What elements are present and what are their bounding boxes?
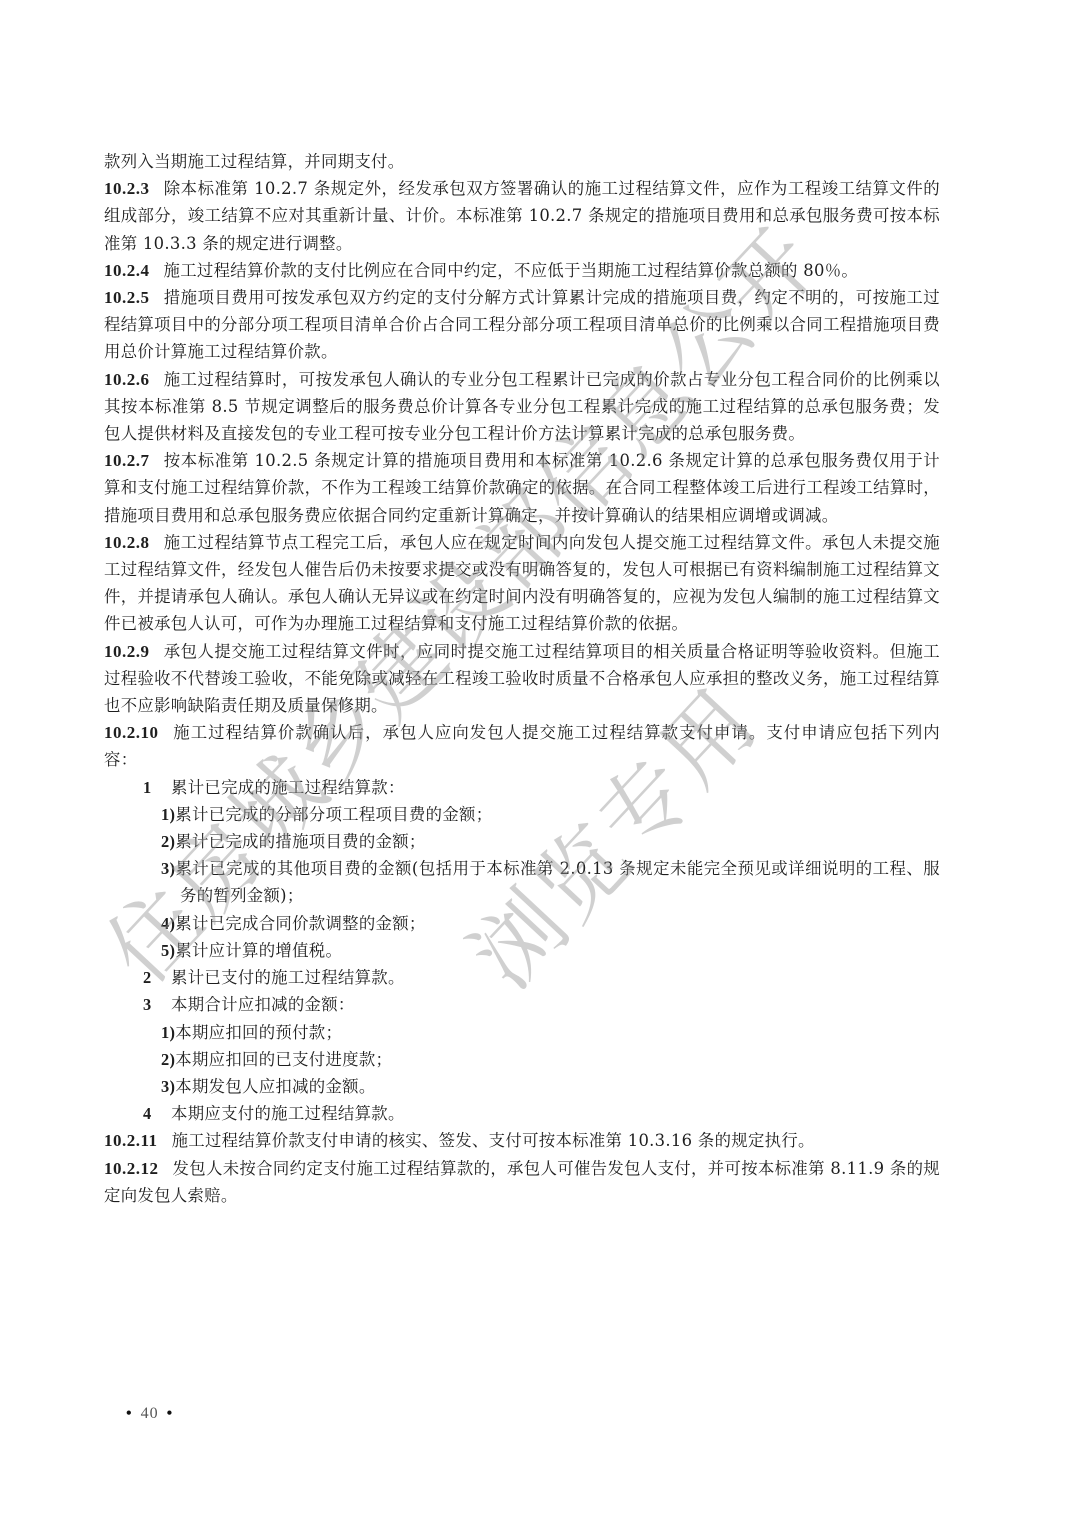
list-item: 2累计已支付的施工过程结算款。 — [104, 964, 940, 991]
list-number: 2 — [143, 964, 171, 991]
clause-text: 施工过程结算价款确认后，承包人应向发包人提交施工过程结算款支付申请。支付申请应包… — [104, 723, 940, 769]
sub-list-item: 1)累计已完成的分部分项工程项目费的金额； — [104, 801, 940, 828]
clause-number: 10.2.10 — [104, 723, 159, 742]
sub-list-item: 1)本期应扣回的预付款； — [104, 1019, 940, 1046]
sub-list-text: 本期应扣回的已支付进度款； — [175, 1050, 392, 1069]
page-footer: •40• — [118, 1405, 181, 1423]
list-item: 1累计已完成的施工过程结算款： — [104, 774, 940, 801]
clause-number: 10.2.12 — [104, 1159, 159, 1178]
list-item: 3本期合计应扣减的金额： — [104, 991, 940, 1018]
clause-text: 除本标准第 10.2.7 条规定外，经发承包双方签署确认的施工过程结算文件，应作… — [104, 179, 940, 252]
sub-list-text: 本期应扣回的预付款； — [175, 1023, 342, 1042]
sub-list-number: 2) — [161, 1050, 175, 1069]
sub-list-number: 3) — [161, 859, 175, 878]
clause-10-2-4: 10.2.4施工过程结算价款的支付比例应在合同中约定，不应低于当期施工过程结算价… — [104, 257, 940, 284]
list-text: 本期合计应扣减的金额： — [171, 995, 355, 1014]
document-body: 款列入当期施工过程结算，并同期支付。 10.2.3除本标准第 10.2.7 条规… — [104, 148, 940, 1209]
clause-number: 10.2.8 — [104, 533, 150, 552]
clause-number: 10.2.5 — [104, 288, 150, 307]
clause-text: 承包人提交施工过程结算文件时，应同时提交施工过程结算项目的相关质量合格证明等验收… — [104, 642, 940, 715]
sub-list-item: 4)累计已完成合同价款调整的金额； — [104, 910, 940, 937]
sub-list-text: 累计已完成的措施项目费的金额； — [175, 832, 425, 851]
clause-text: 按本标准第 10.2.5 条规定计算的措施项目费用和本标准第 10.2.6 条规… — [104, 451, 940, 524]
clause-10-2-8: 10.2.8施工过程结算节点工程完工后，承包人应在规定时间内向发包人提交施工过程… — [104, 529, 940, 638]
footer-bullet-left: • — [126, 1405, 133, 1422]
clause-10-2-9: 10.2.9承包人提交施工过程结算文件时，应同时提交施工过程结算项目的相关质量合… — [104, 638, 940, 720]
clause-10-2-6: 10.2.6施工过程结算时，可按发承包人确认的专业分包工程累计已完成的价款占专业… — [104, 366, 940, 448]
clause-10-2-11: 10.2.11施工过程结算价款支付申请的核实、签发、支付可按本标准第 10.3.… — [104, 1127, 940, 1154]
clause-number: 10.2.6 — [104, 370, 150, 389]
clause-10-2-12: 10.2.12发包人未按合同约定支付施工过程结算款的，承包人可催告发包人支付，并… — [104, 1155, 940, 1209]
page-number: 40 — [141, 1405, 159, 1422]
clause-number: 10.2.7 — [104, 451, 150, 470]
clause-text: 施工过程结算节点工程完工后，承包人应在规定时间内向发包人提交施工过程结算文件。承… — [104, 533, 940, 634]
list-item: 4本期应支付的施工过程结算款。 — [104, 1100, 940, 1127]
sub-list-item: 3)累计已完成的其他项目费的金额(包括用于本标准第 2.0.13 条规定未能完全… — [104, 855, 940, 909]
sub-list-number: 1) — [161, 805, 175, 824]
clause-text: 施工过程结算时，可按发承包人确认的专业分包工程累计已完成的价款占专业分包工程合同… — [104, 370, 940, 443]
sub-list-item: 2)本期应扣回的已支付进度款； — [104, 1046, 940, 1073]
sub-list-text: 累计已完成的分部分项工程项目费的金额； — [175, 805, 492, 824]
list-number: 4 — [143, 1100, 171, 1127]
clause-number: 10.2.11 — [104, 1131, 158, 1150]
list-text: 累计已支付的施工过程结算款。 — [171, 968, 405, 987]
clause-number: 10.2.3 — [104, 179, 150, 198]
sub-list-text: 累计已完成的其他项目费的金额(包括用于本标准第 2.0.13 条规定未能完全预见… — [175, 859, 940, 905]
footer-bullet-right: • — [167, 1405, 174, 1422]
clause-text: 措施项目费用可按发承包双方约定的支付分解方式计算累计完成的措施项目费，约定不明的… — [104, 288, 940, 361]
sub-list-item: 3)本期发包人应扣减的金额。 — [104, 1073, 940, 1100]
clause-text: 施工过程结算价款的支付比例应在合同中约定，不应低于当期施工过程结算价款总额的 8… — [164, 261, 859, 280]
clause-10-2-5: 10.2.5措施项目费用可按发承包双方约定的支付分解方式计算累计完成的措施项目费… — [104, 284, 940, 366]
list-number: 3 — [143, 991, 171, 1018]
list-text: 本期应支付的施工过程结算款。 — [171, 1104, 405, 1123]
sub-list-number: 4) — [161, 914, 175, 933]
sub-list-number: 5) — [161, 941, 175, 960]
sub-list-number: 3) — [161, 1077, 175, 1096]
document-page: 款列入当期施工过程结算，并同期支付。 10.2.3除本标准第 10.2.7 条规… — [0, 0, 1080, 1529]
list-text: 累计已完成的施工过程结算款： — [171, 778, 405, 797]
clause-number: 10.2.4 — [104, 261, 150, 280]
sub-list-number: 2) — [161, 832, 175, 851]
sub-list-text: 累计已完成合同价款调整的金额； — [175, 914, 425, 933]
continuation-paragraph: 款列入当期施工过程结算，并同期支付。 — [104, 148, 940, 175]
sub-list-item: 2)累计已完成的措施项目费的金额； — [104, 828, 940, 855]
clause-10-2-3: 10.2.3除本标准第 10.2.7 条规定外，经发承包双方签署确认的施工过程结… — [104, 175, 940, 257]
sub-list-text: 本期发包人应扣减的金额。 — [175, 1077, 375, 1096]
clause-number: 10.2.9 — [104, 642, 150, 661]
sub-list-text: 累计应计算的增值税。 — [175, 941, 342, 960]
list-number: 1 — [143, 774, 171, 801]
clause-text: 施工过程结算价款支付申请的核实、签发、支付可按本标准第 10.3.16 条的规定… — [172, 1131, 815, 1150]
sub-list-item: 5)累计应计算的增值税。 — [104, 937, 940, 964]
clause-10-2-7: 10.2.7按本标准第 10.2.5 条规定计算的措施项目费用和本标准第 10.… — [104, 447, 940, 529]
clause-text: 发包人未按合同约定支付施工过程结算款的，承包人可催告发包人支付，并可按本标准第 … — [104, 1159, 940, 1205]
clause-10-2-10: 10.2.10施工过程结算价款确认后，承包人应向发包人提交施工过程结算款支付申请… — [104, 719, 940, 773]
sub-list-number: 1) — [161, 1023, 175, 1042]
